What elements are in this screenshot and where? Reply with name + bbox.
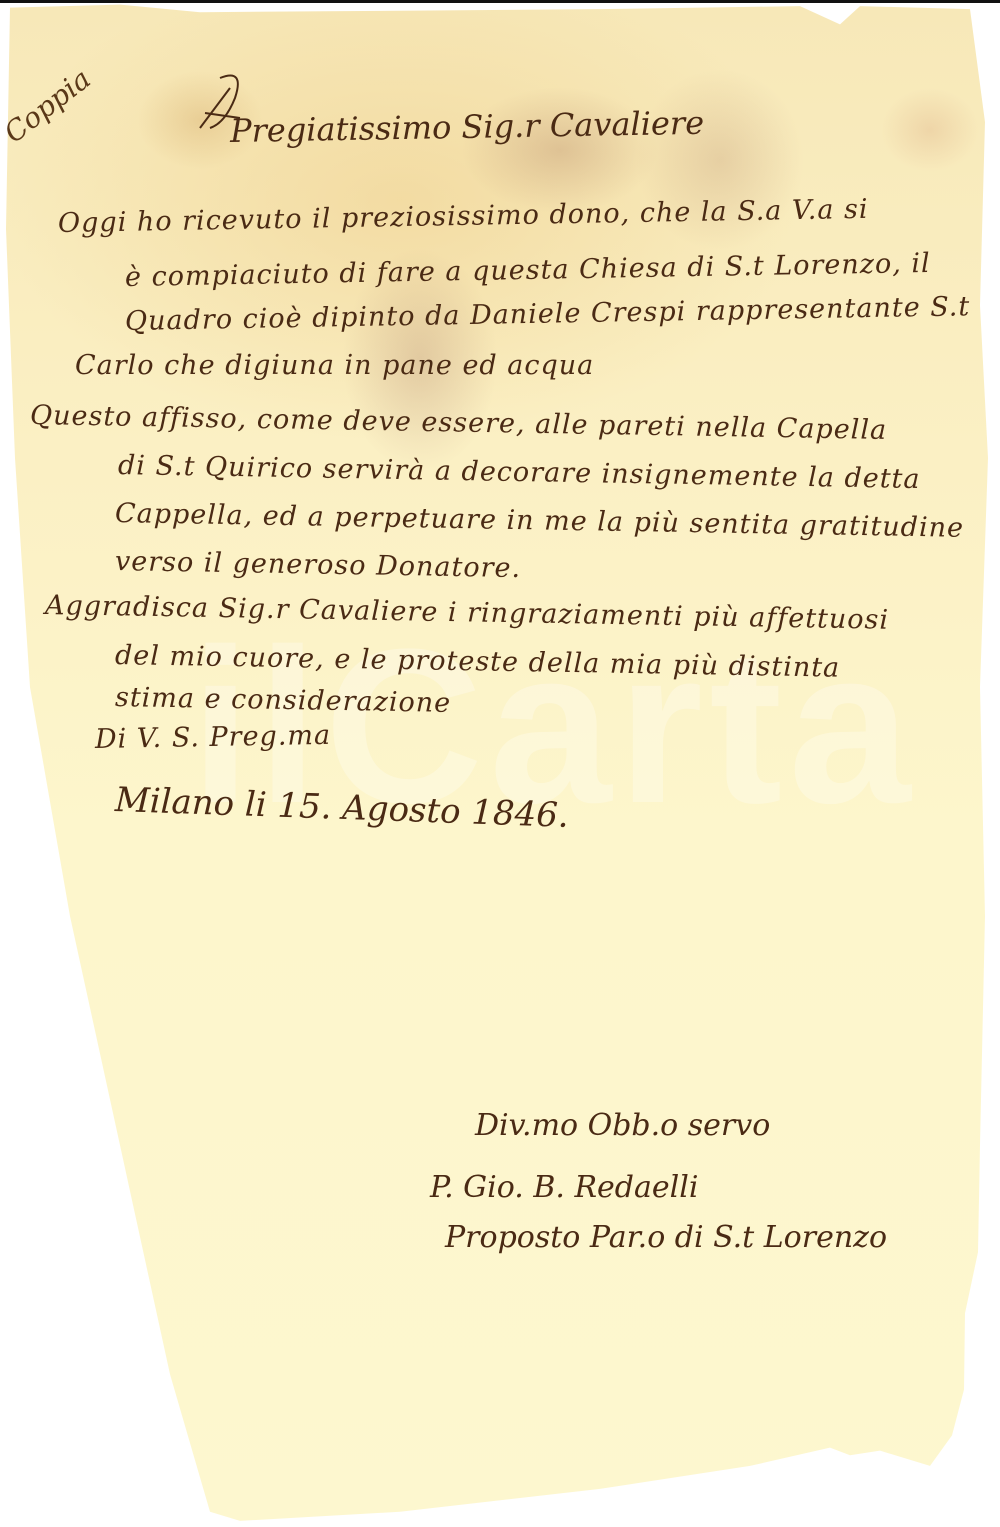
- scan-top-border: [0, 0, 1000, 3]
- signature-title: Proposto Par.o di S.t Lorenzo: [445, 1220, 887, 1255]
- body-line-4: Carlo che digiuna in pane ed acqua: [75, 350, 594, 381]
- signature-name: P. Gio. B. Redaelli: [430, 1170, 698, 1205]
- signature-closing: Div.mo Obb.o servo: [475, 1108, 770, 1143]
- body-line-11: stima e considerazione: [115, 682, 452, 719]
- body-line-12: Di V. S. Preg.ma: [95, 720, 332, 755]
